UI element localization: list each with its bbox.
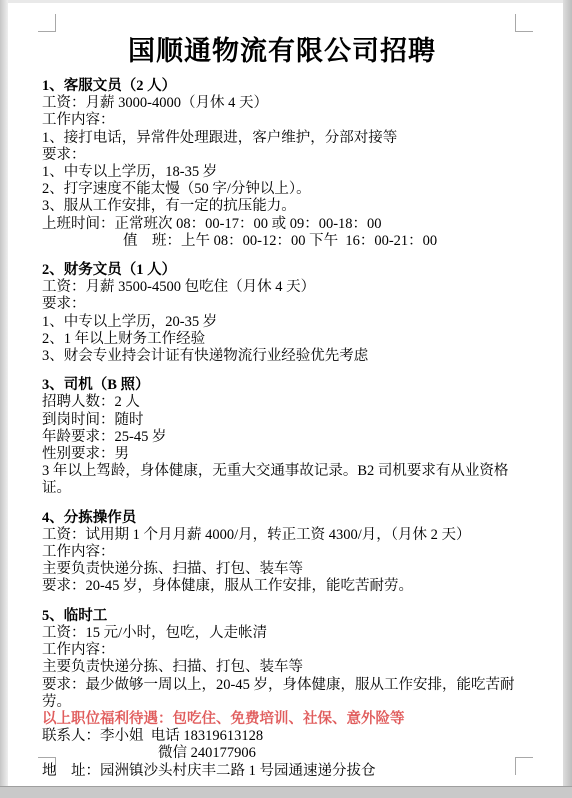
- section-heading: 2、财务文员（1 人）: [42, 262, 522, 279]
- doc-line: 1、中专以上学历，18-35 岁: [42, 164, 522, 181]
- doc-line: 工资：试用期 1 个月月薪 4000/月，转正工资 4300/月，（月休 2 天…: [42, 527, 522, 544]
- doc-line: 工作内容：: [42, 544, 522, 561]
- document-title: 国顺通物流有限公司招聘: [42, 36, 522, 66]
- doc-line: 主要负责快递分拣、扫描、打包、装车等: [42, 659, 522, 676]
- doc-line: 上班时间：正常班次 08：00-17：00 或 09：00-18：00: [42, 216, 522, 233]
- doc-line: 2、1 年以上财务工作经验: [42, 331, 522, 348]
- job-section-sorting-operator: 4、分拣操作员 工资：试用期 1 个月月薪 4000/月，转正工资 4300/月…: [42, 510, 522, 596]
- page-shadow-left: [0, 0, 8, 786]
- doc-line: 1、接打电话，异常件处理跟进，客户维护，分部对接等: [42, 130, 522, 147]
- section-heading: 4、分拣操作员: [42, 510, 522, 527]
- doc-line: 3 年以上驾龄，身体健康，无重大交通事故记录。B2 司机要求有从业资格证。: [42, 463, 522, 497]
- section-heading: 5、临时工: [42, 608, 522, 625]
- page-shadow-right: [563, 0, 572, 786]
- doc-line: 招聘人数：2 人: [42, 394, 522, 411]
- job-section-customer-service: 1、客服文员（2 人） 工资：月薪 3000-4000（月休 4 天） 工作内容…: [42, 78, 522, 250]
- doc-line: 工资：月薪 3000-4000（月休 4 天）: [42, 95, 522, 112]
- doc-line: 要求：: [42, 147, 522, 164]
- doc-line: 3、财会专业持会计证有快递物流行业经验优先考虑: [42, 348, 522, 365]
- doc-line: 工资：月薪 3500-4500 包吃住（月休 4 天）: [42, 279, 522, 296]
- doc-line: 工作内容：: [42, 112, 522, 129]
- section-heading: 3、司机（B 照）: [42, 377, 522, 394]
- margin-crop-mark-top-left: [38, 14, 56, 32]
- job-section-driver: 3、司机（B 照） 招聘人数：2 人 到岗时间：随时 年龄要求：25-45 岁 …: [42, 377, 522, 497]
- doc-line: 2、打字速度不能太慢（50 字/分钟以上）。: [42, 181, 522, 198]
- contact-line-wechat: 微信 240177906: [42, 745, 522, 762]
- job-section-temp-worker: 5、临时工 工资：15 元/小时，包吃，人走帐清 工作内容： 主要负责快递分拣、…: [42, 608, 522, 711]
- doc-line: 3、服从工作安排，有一定的抗压能力。: [42, 198, 522, 215]
- doc-line: 1、中专以上学历，20-35 岁: [42, 314, 522, 331]
- doc-line: 要求：最少做够一周以上，20-45 岁，身体健康，服从工作安排，能吃苦耐劳。: [42, 677, 522, 711]
- doc-line: 年龄要求：25-45 岁: [42, 429, 522, 446]
- doc-line: 到岗时间：随时: [42, 412, 522, 429]
- doc-line: 主要负责快递分拣、扫描、打包、装车等: [42, 561, 522, 578]
- doc-line: 要求：20-45 岁，身体健康，服从工作安排，能吃苦耐劳。: [42, 578, 522, 595]
- doc-line: 工作内容：: [42, 642, 522, 659]
- doc-line: 工资：15 元/小时，包吃，人走帐清: [42, 625, 522, 642]
- doc-line: 性别要求：男: [42, 446, 522, 463]
- doc-line: 值 班：上午 08：00-12：00 下午 16：00-21：00: [42, 233, 522, 250]
- doc-line: 要求：: [42, 296, 522, 313]
- benefits-note: 以上职位福利待遇：包吃住、免费培训、社保、意外险等: [42, 711, 522, 728]
- contact-line-address: 地 址：园洲镇沙头村庆丰二路 1 号园通速递分拔仓: [42, 763, 522, 780]
- document-content: 国顺通物流有限公司招聘 1、客服文员（2 人） 工资：月薪 3000-4000（…: [42, 36, 522, 780]
- status-strip: [0, 786, 572, 798]
- section-heading: 1、客服文员（2 人）: [42, 78, 522, 95]
- job-section-finance-clerk: 2、财务文员（1 人） 工资：月薪 3500-4500 包吃住（月休 4 天） …: [42, 262, 522, 365]
- contact-line-name-phone: 联系人：李小姐 电话 18319613128: [42, 728, 522, 745]
- margin-crop-mark-top-right: [515, 14, 533, 32]
